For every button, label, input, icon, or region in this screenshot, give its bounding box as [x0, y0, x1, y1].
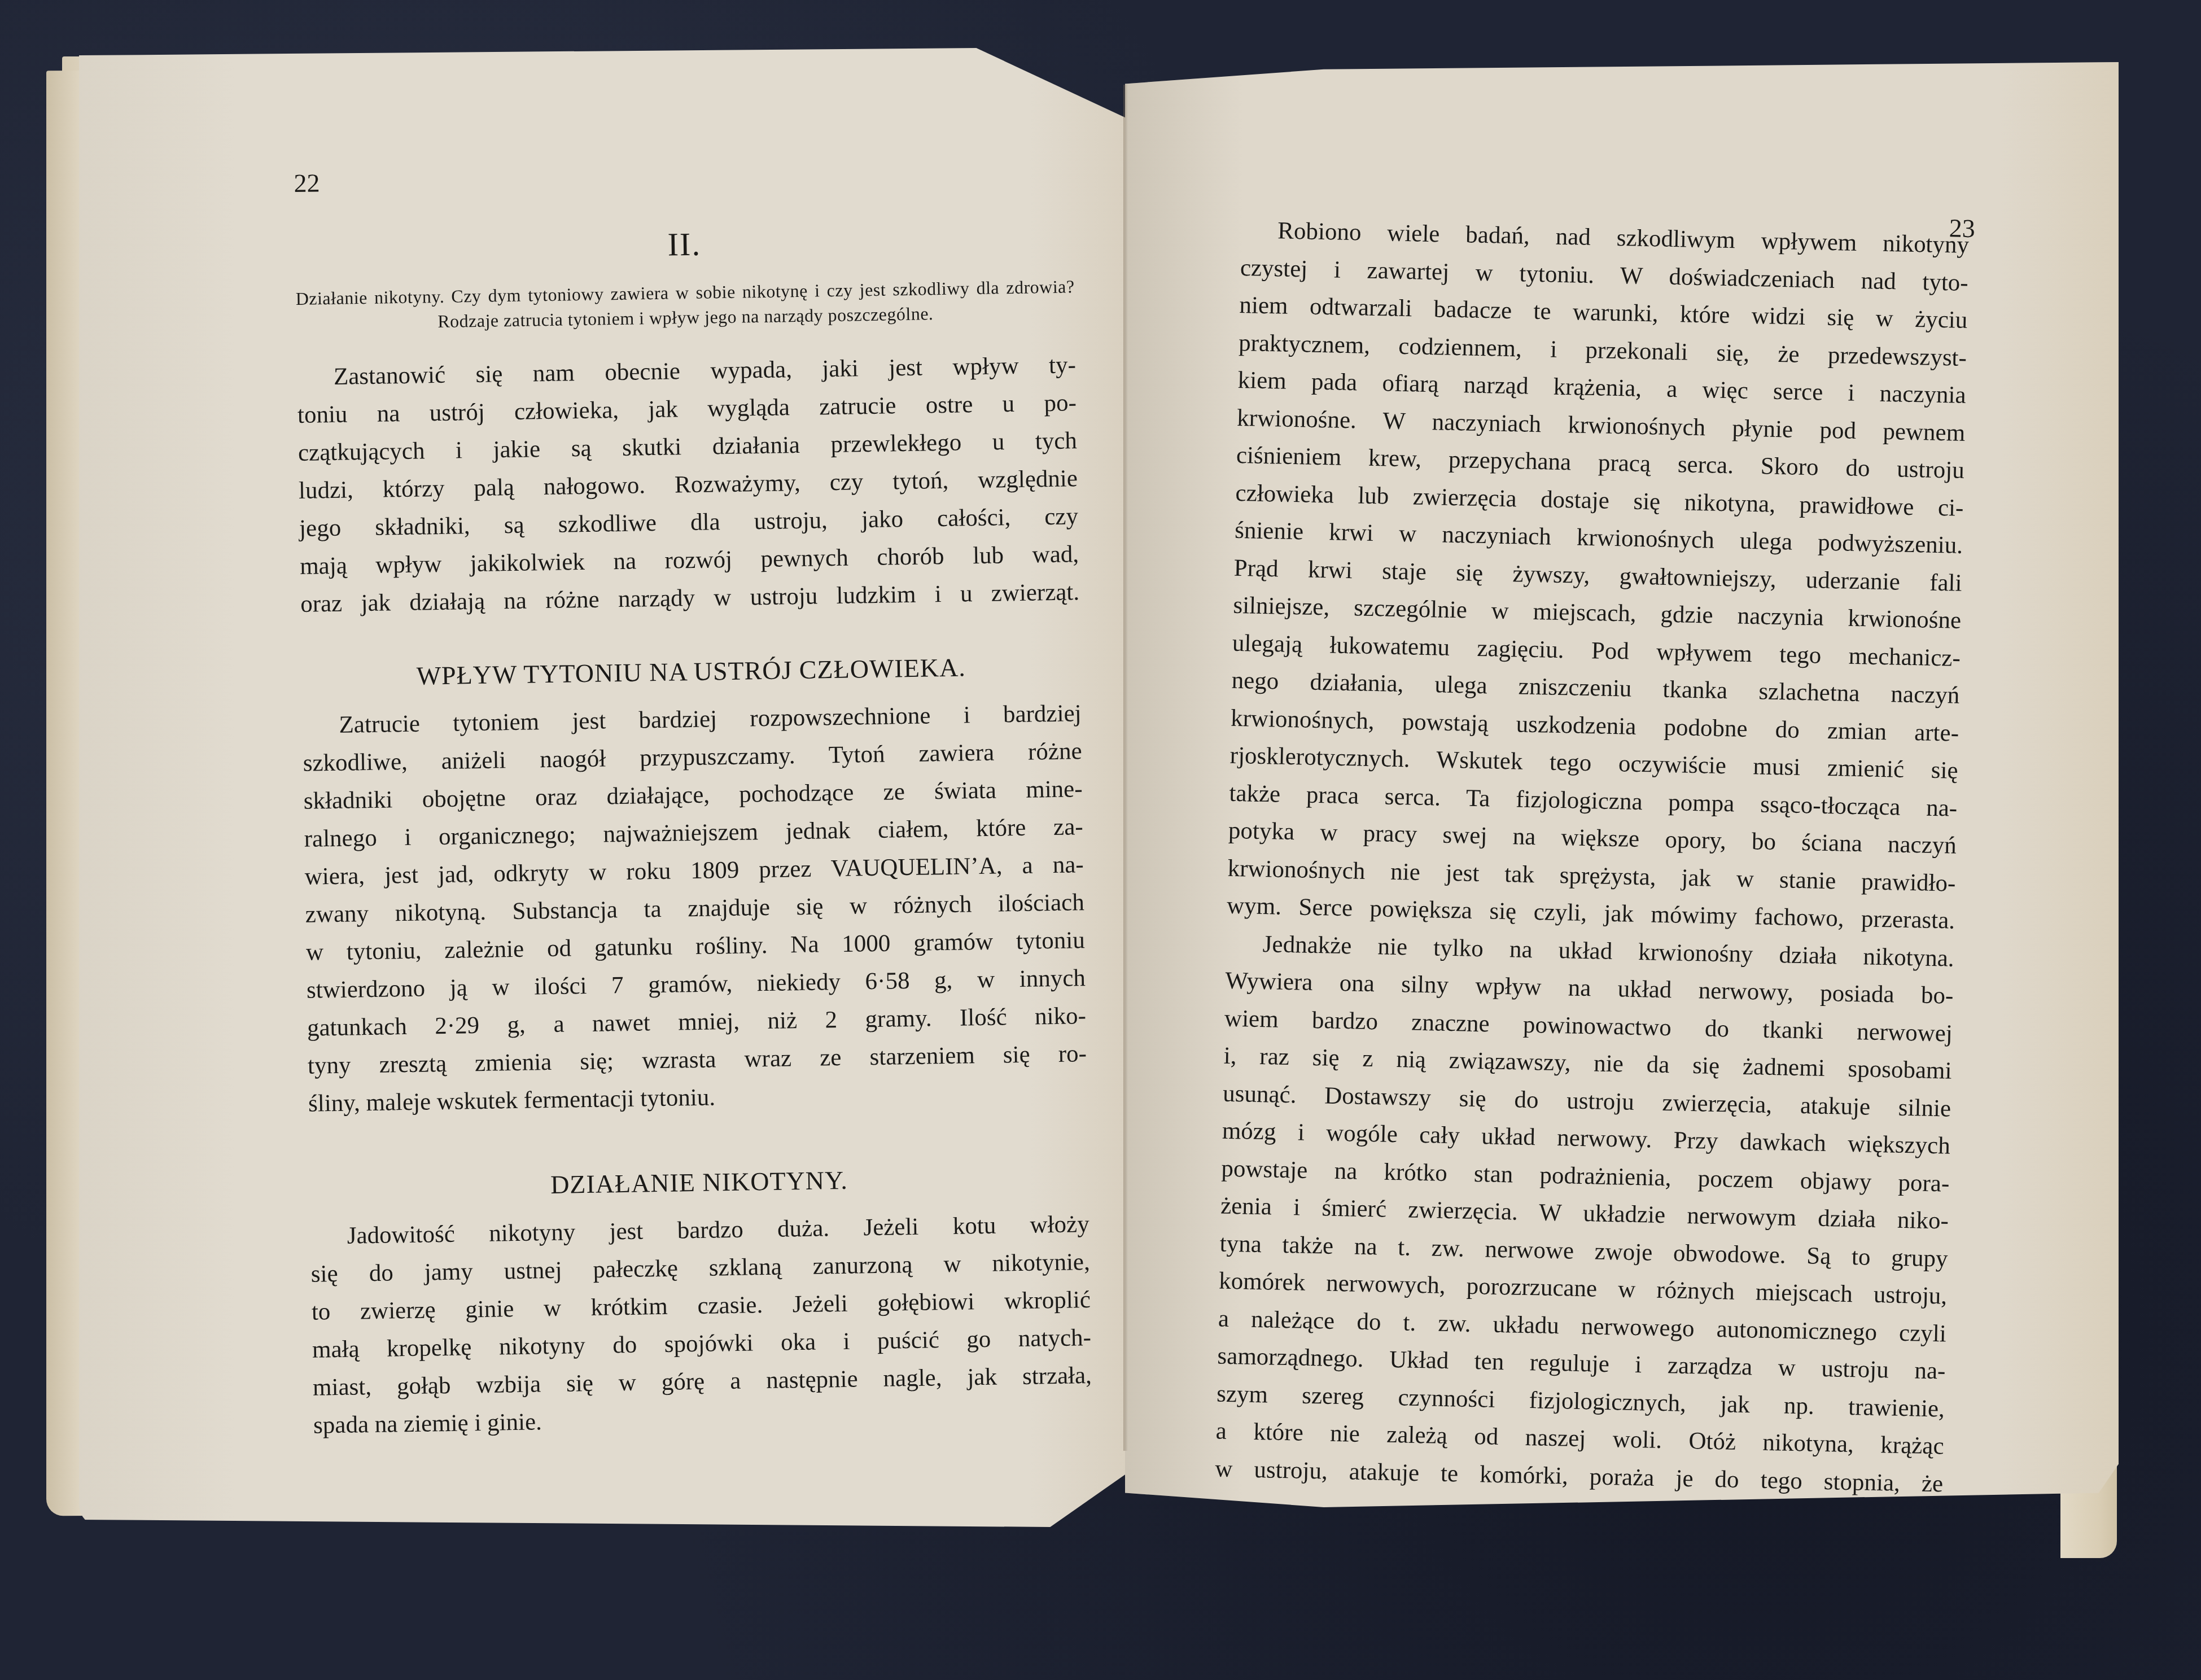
right-page-text: 23 Robiono wiele badań, nad szkodliwym w… [1215, 186, 1970, 1503]
right-paragraph-2: Jednakże nie tylko na układ krwionośny d… [1215, 925, 1955, 1503]
open-book: 22 II. Działanie nikotyny. Czy dym tyton… [0, 0, 2201, 1680]
left-page-text: 22 II. Działanie nikotyny. Czy dym tyton… [294, 151, 1092, 1444]
chapter-summary: Działanie nikotyny. Czy dym tytoniowy za… [295, 274, 1075, 336]
section2-paragraph: Jadowitość nikotyny jest bardzo duża. Je… [310, 1205, 1092, 1445]
page-number-left: 22 [294, 170, 320, 196]
intro-paragraph: Zastanowić się nam obecnie wypada, jaki … [296, 346, 1079, 623]
section-heading-wplyw-tytoniu: WPŁYW TYTONIU NA USTRÓJ CZŁOWIEKA. [301, 650, 1081, 693]
chapter-number: II. [295, 219, 1074, 269]
page-number-right: 23 [1949, 215, 1975, 242]
section1-paragraph: Zatrucie tytoniem jest bardziej rozpowsz… [302, 694, 1087, 1123]
book-spine-gutter [1123, 85, 1128, 1451]
section-heading-dzialanie-nikotyny: DZIAŁANIE NIKOTYNY. [309, 1161, 1089, 1204]
right-paragraph-1: Robiono wiele badań, nad szkodliwym wpły… [1227, 212, 1970, 940]
